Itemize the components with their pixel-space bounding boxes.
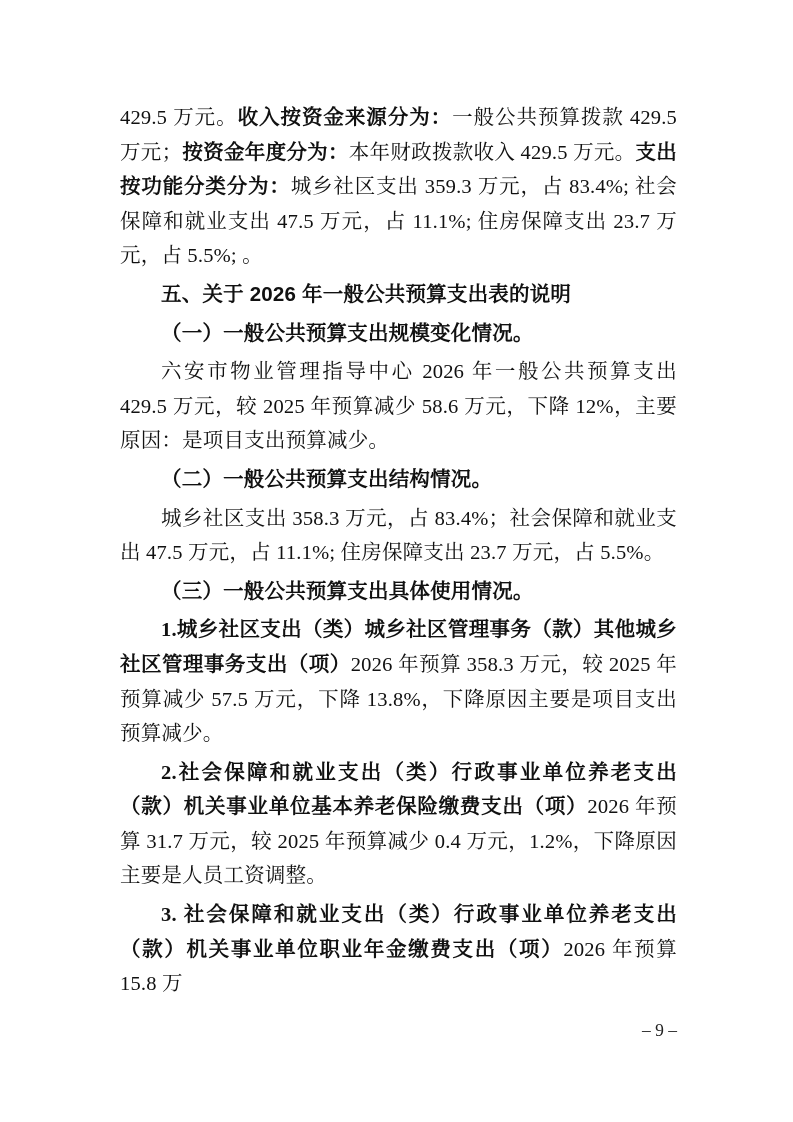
paragraph-funding-sources: 429.5 万元。收入按资金来源分为：一般公共预算拨款 429.5 万元；按资金…: [120, 101, 677, 274]
paragraph-item-2: 2.社会保障和就业支出（类）行政事业单位养老支出（款）机关事业单位基本养老保险缴…: [120, 756, 677, 894]
paragraph-item-3: 3. 社会保障和就业支出（类）行政事业单位养老支出（款）机关事业单位职业年金缴费…: [120, 898, 677, 1002]
text-run: 六安市物业管理指导中心 2026 年一般公共预算支出 429.5 万元，较 20…: [120, 361, 677, 452]
heading-subsection-one: （一）一般公共预算支出规模变化情况。: [120, 317, 677, 352]
heading-subsection-two: （二）一般公共预算支出结构情况。: [120, 463, 677, 498]
heading-text: 五、关于 2026 年一般公共预算支出表的说明: [161, 283, 571, 306]
page-number: – 9 –: [120, 1018, 677, 1042]
document-content: 429.5 万元。收入按资金来源分为：一般公共预算拨款 429.5 万元；按资金…: [120, 101, 677, 1002]
text-run-bold: 收入按资金来源分为：: [238, 107, 453, 129]
text-run: 429.5 万元。: [120, 107, 238, 129]
heading-text: （三）一般公共预算支出具体使用情况。: [161, 581, 534, 603]
heading-text: （一）一般公共预算支出规模变化情况。: [161, 323, 534, 345]
text-run: 城乡社区支出 358.3 万元，占 83.4%；社会保障和就业支出 47.5 万…: [120, 508, 677, 565]
text-run-bold: 按资金年度分为：: [182, 142, 348, 164]
paragraph-item-1: 1.城乡社区支出（类）城乡社区管理事务（款）其他城乡社区管理事务支出（项）202…: [120, 613, 677, 751]
paragraph-expenditure-structure: 城乡社区支出 358.3 万元，占 83.4%；社会保障和就业支出 47.5 万…: [120, 502, 677, 571]
text-run: 本年财政拨款收入 429.5 万元。: [349, 142, 636, 164]
heading-text: （二）一般公共预算支出结构情况。: [161, 469, 492, 491]
heading-section-five: 五、关于 2026 年一般公共预算支出表的说明: [120, 278, 677, 313]
heading-subsection-three: （三）一般公共预算支出具体使用情况。: [120, 575, 677, 610]
document-page: 429.5 万元。收入按资金来源分为：一般公共预算拨款 429.5 万元；按资金…: [0, 0, 793, 1122]
paragraph-expenditure-scale: 六安市物业管理指导中心 2026 年一般公共预算支出 429.5 万元，较 20…: [120, 355, 677, 459]
